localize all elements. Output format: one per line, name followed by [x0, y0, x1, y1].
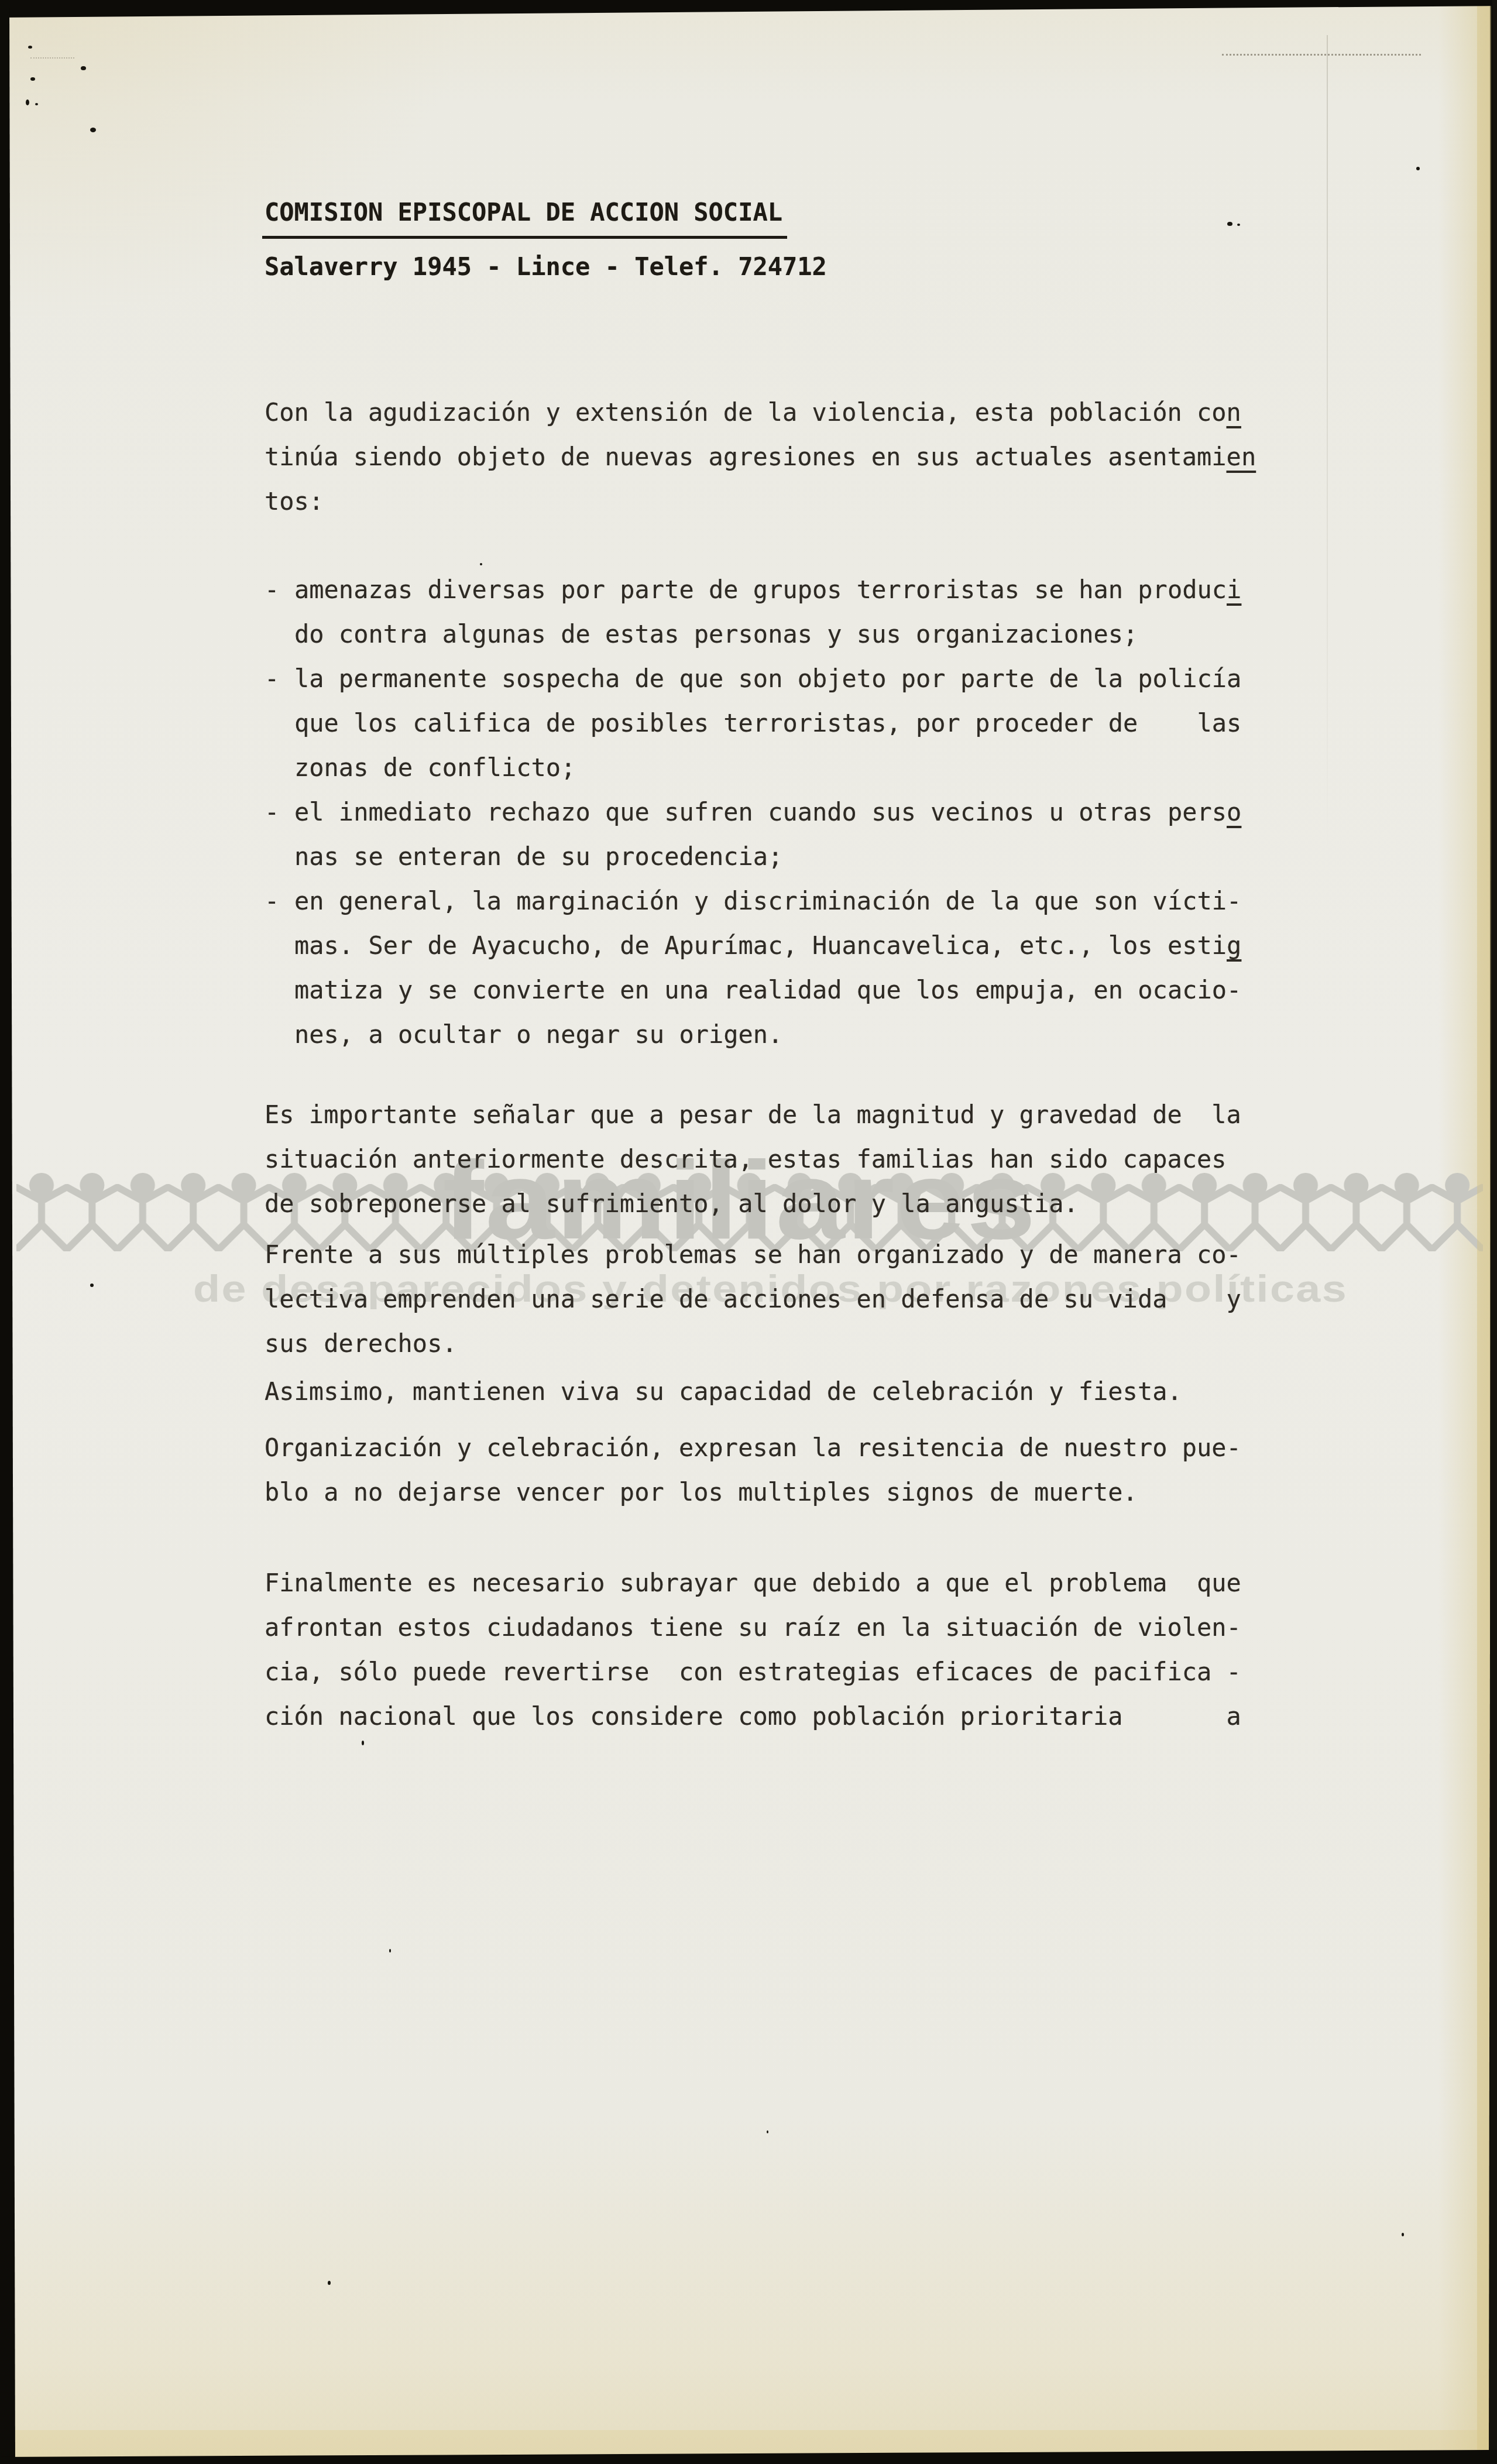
bullet-item: - la permanente sospecha de que son obje…	[265, 657, 1241, 790]
bullet-item: - el inmediato rechazo que sufren cuando…	[265, 790, 1241, 879]
ink-speck	[480, 563, 482, 565]
ink-speck	[26, 99, 29, 105]
ink-speck	[28, 46, 32, 49]
bullet-text: la permanente sospecha de que son objeto…	[294, 657, 1241, 790]
ink-speck	[362, 1741, 364, 1745]
celebration-paragraph: Asimsimo, mantienen viva su capacidad de…	[265, 1370, 1182, 1414]
ink-speck	[30, 77, 35, 81]
intro-paragraph: Con la agudización y extensión de la vio…	[265, 390, 1256, 524]
resistance-paragraph: Organización y celebración, expresan la …	[265, 1426, 1241, 1515]
ink-speck	[90, 128, 96, 132]
bullet-text: en general, la marginación y discriminac…	[294, 879, 1241, 1057]
ink-speck	[90, 1284, 94, 1287]
bullet-list: - amenazas diversas por parte de grupos …	[265, 568, 1241, 1057]
letterhead-organization: COMISION EPISCOPAL DE ACCION SOCIAL	[265, 198, 782, 227]
bullet-item: - amenazas diversas por parte de grupos …	[265, 568, 1241, 657]
bullet-dash: -	[265, 879, 279, 924]
ink-speck	[767, 2130, 768, 2133]
letterhead-address: Salaverry 1945 - Lince - Telef. 724712	[265, 252, 827, 281]
bullet-dash: -	[265, 790, 279, 835]
ink-speck	[389, 1949, 391, 1952]
bullet-text: amenazas diversas por parte de grupos te…	[294, 568, 1241, 657]
closing-paragraph: Finalmente es necesario subrayar que deb…	[265, 1561, 1241, 1739]
scanned-document-page: familiares de desaparecidos y detenidos …	[0, 0, 1497, 2464]
ink-speck	[1237, 224, 1240, 226]
crease-line	[1222, 54, 1421, 56]
ink-speck	[1227, 222, 1232, 226]
crease-line	[30, 57, 74, 59]
ink-speck	[1416, 167, 1420, 170]
ink-speck	[35, 103, 38, 105]
ink-speck	[1402, 2233, 1404, 2236]
letterhead-underline	[262, 236, 787, 239]
bullet-dash: -	[265, 657, 279, 701]
bullet-item: - en general, la marginación y discrimin…	[265, 879, 1241, 1057]
ink-speck	[328, 2281, 331, 2285]
bullet-dash: -	[265, 568, 279, 612]
crease-line	[1327, 35, 1328, 854]
ink-speck	[81, 66, 86, 70]
resilience-paragraph: Es importante señalar que a pesar de la …	[265, 1093, 1241, 1226]
action-paragraph: Frente a sus múltiples problemas se han …	[265, 1233, 1241, 1366]
typewritten-text-layer: COMISION EPISCOPAL DE ACCION SOCIAL Sala…	[0, 0, 1497, 2464]
bullet-text: el inmediato rechazo que sufren cuando s…	[294, 790, 1241, 879]
